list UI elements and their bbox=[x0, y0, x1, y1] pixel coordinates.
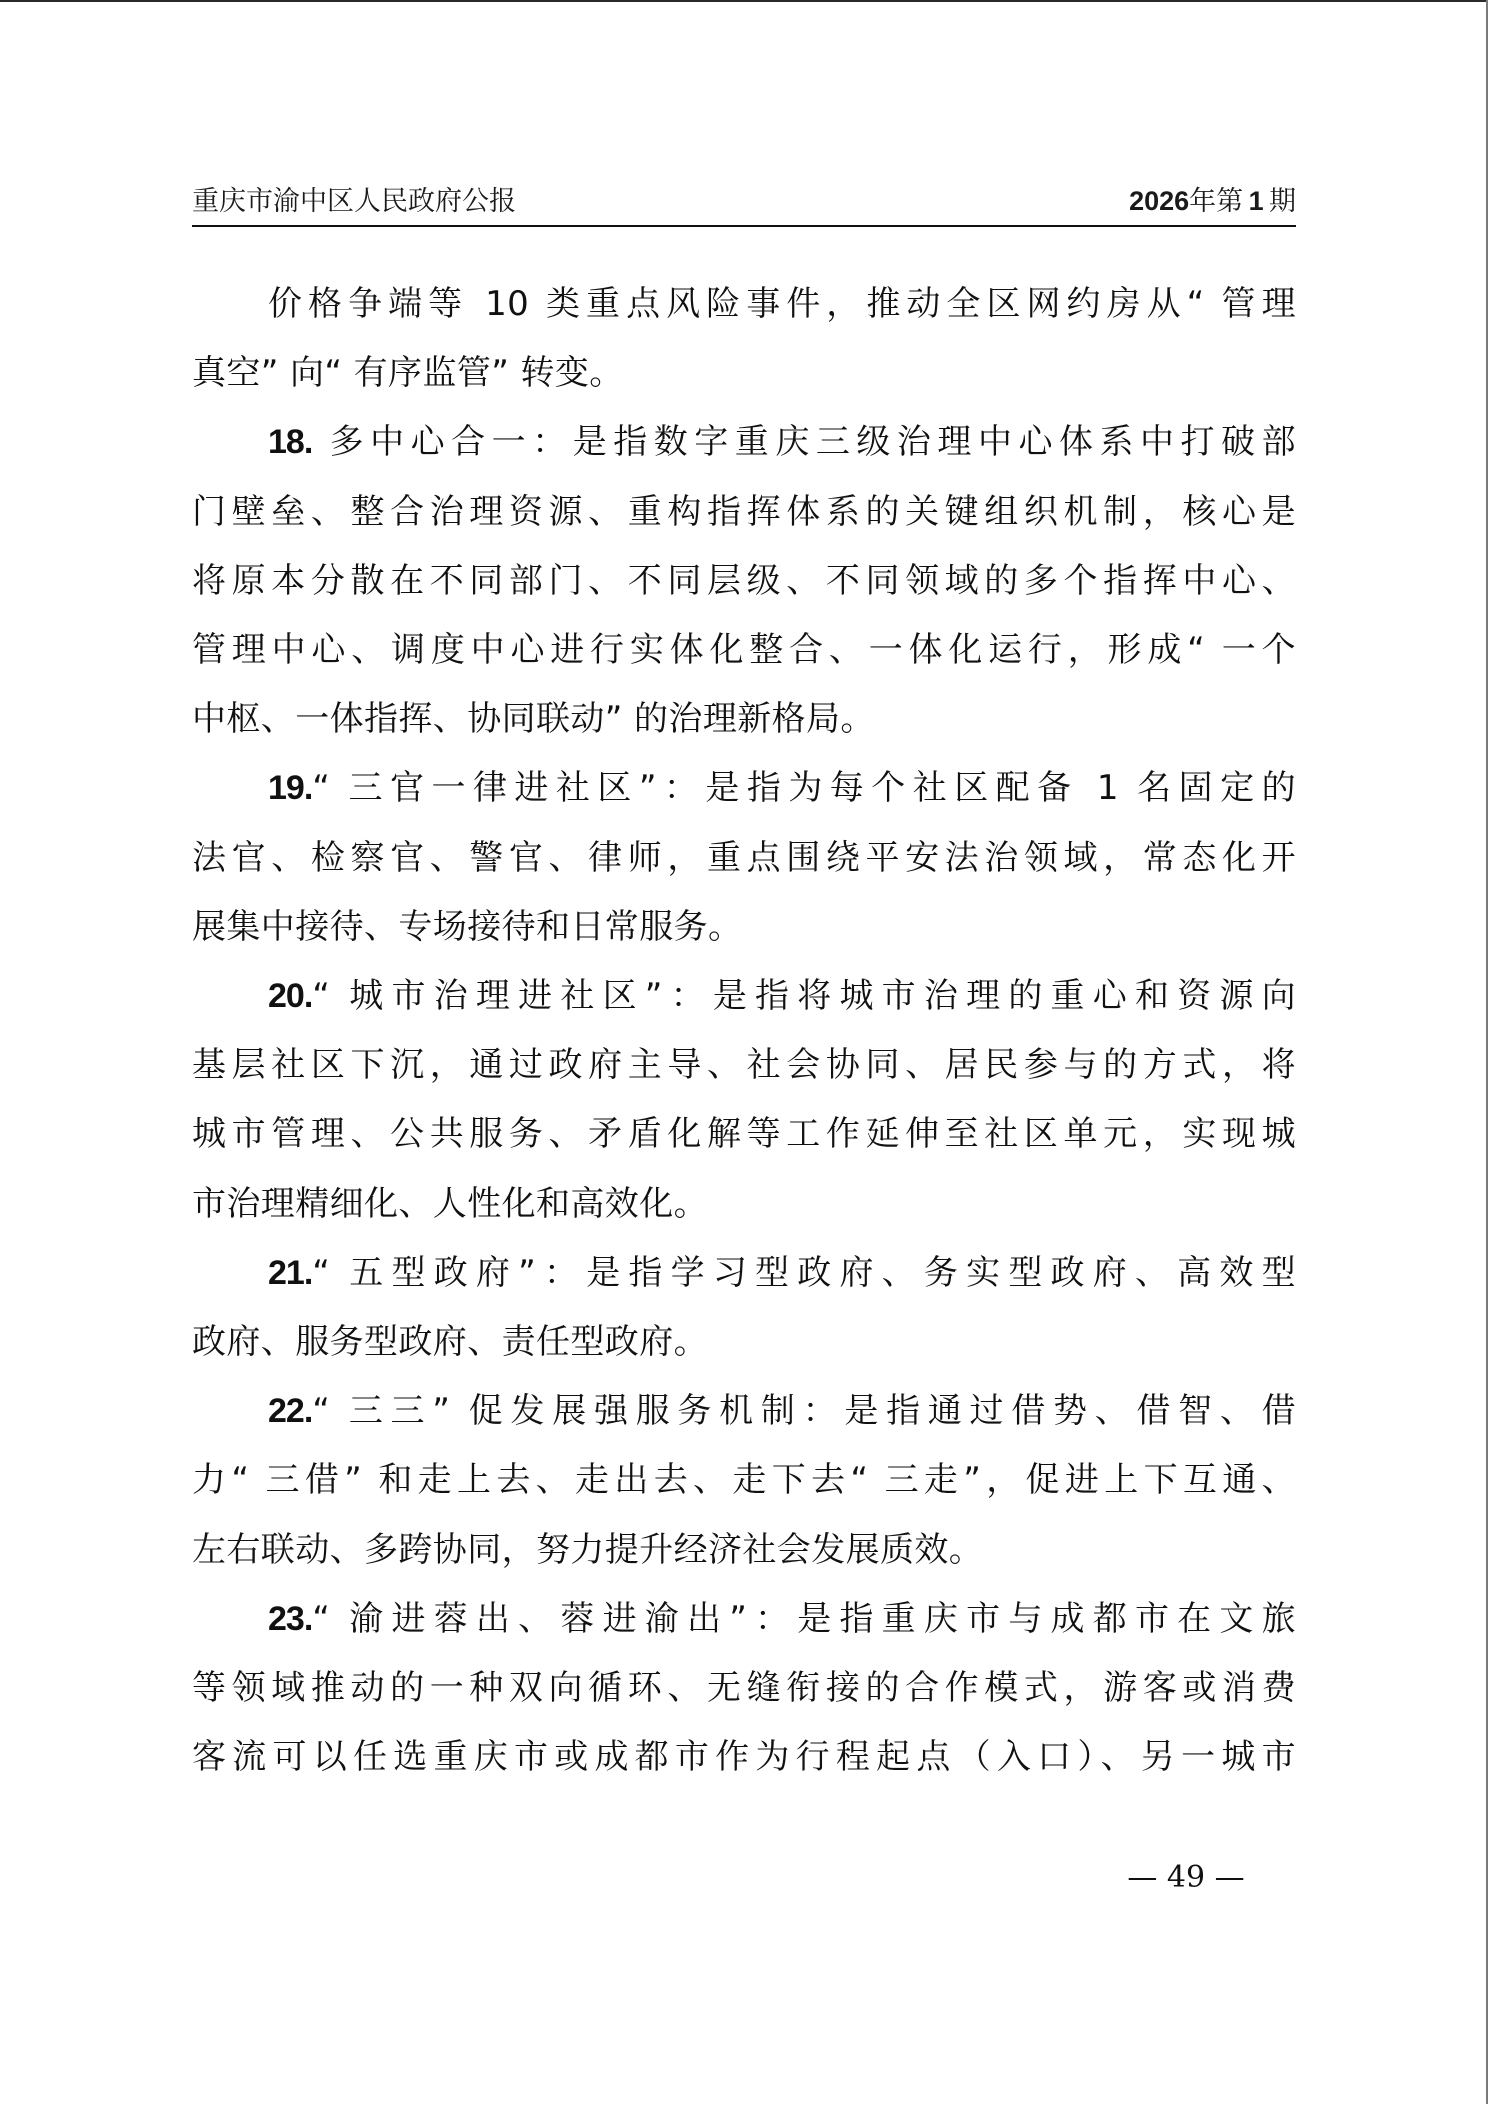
text-line: 市治理精细化、人性化和高效化。 bbox=[192, 1170, 1296, 1239]
term-definition-start: “ 城市治理进社区”：是指将城市治理的重心和资源向 bbox=[312, 976, 1296, 1016]
text-line: 中枢、一体指挥、协同联动” 的治理新格局。 bbox=[192, 685, 1296, 754]
issue-suffix: 期 bbox=[1269, 186, 1296, 217]
text-line: 门壁垒、整合治理资源、重构指挥体系的关键组织机制，核心是 bbox=[192, 478, 1296, 547]
text-line: 将原本分散在不同部门、不同层级、不同领域的多个指挥中心、 bbox=[192, 547, 1296, 616]
paragraph-18: 18. 多中心合一：是指数字重庆三级治理中心体系中打破部 门壁垒、整合治理资源、… bbox=[192, 408, 1296, 754]
text-line: 基层社区下沉，通过政府主导、社会协同、居民参与的方式，将 bbox=[192, 1031, 1296, 1100]
publication-title: 重庆市渝中区人民政府公报 bbox=[192, 186, 516, 218]
paragraph-21: 21.“ 五型政府”：是指学习型政府、务实型政府、高效型 政府、服务型政府、责任… bbox=[192, 1239, 1296, 1377]
paragraph-19: 19.“ 三官一律进社区”：是指为每个社区配备 1 名固定的 法官、检察官、警官… bbox=[192, 754, 1296, 962]
running-header: 重庆市渝中区人民政府公报 2026年第 1 期 bbox=[192, 178, 1296, 218]
text-line-with-number: 21.“ 五型政府”：是指学习型政府、务实型政府、高效型 bbox=[192, 1239, 1296, 1308]
paragraph-23: 23.“ 渝进蓉出、蓉进渝出”：是指重庆市与成都市在文旅 等领域推动的一种双向循… bbox=[192, 1585, 1296, 1793]
document-body: 价格争端等 10 类重点风险事件，推动全区网约房从“ 管理 真空” 向“ 有序监… bbox=[192, 270, 1296, 1792]
text-line: 真空” 向“ 有序监管” 转变。 bbox=[192, 339, 1296, 408]
text-line-with-number: 18. 多中心合一：是指数字重庆三级治理中心体系中打破部 bbox=[192, 408, 1296, 477]
term-definition-start: 多中心合一：是指数字重庆三级治理中心体系中打破部 bbox=[312, 422, 1296, 462]
term-definition-start: “ 五型政府”：是指学习型政府、务实型政府、高效型 bbox=[312, 1253, 1296, 1293]
item-number: 23. bbox=[268, 1600, 312, 1638]
text-line: 客流可以任选重庆市或成都市作为行程起点（入口）、另一城市 bbox=[192, 1723, 1296, 1792]
item-number: 21. bbox=[268, 1254, 312, 1292]
text-line: 展集中接待、专场接待和日常服务。 bbox=[192, 893, 1296, 962]
text-line-with-number: 22.“ 三三” 促发展强服务机制：是指通过借势、借智、借 bbox=[192, 1377, 1296, 1446]
text-line: 力“ 三借” 和走上去、走出去、走下去“ 三走”，促进上下互通、 bbox=[192, 1446, 1296, 1515]
issue-year: 2026 bbox=[1129, 186, 1189, 216]
item-number: 18. bbox=[268, 423, 312, 461]
issue-number: 1 bbox=[1249, 186, 1264, 216]
issue-label: 2026年第 1 期 bbox=[1129, 185, 1296, 218]
item-number: 22. bbox=[268, 1392, 312, 1430]
text-line-with-number: 19.“ 三官一律进社区”：是指为每个社区配备 1 名固定的 bbox=[192, 754, 1296, 823]
text-line-with-number: 23.“ 渝进蓉出、蓉进渝出”：是指重庆市与成都市在文旅 bbox=[192, 1585, 1296, 1654]
text-line: 左右联动、多跨协同，努力提升经济社会发展质效。 bbox=[192, 1516, 1296, 1585]
item-number: 20. bbox=[268, 977, 312, 1015]
term-definition-start: “ 三三” 促发展强服务机制：是指通过借势、借智、借 bbox=[312, 1391, 1296, 1431]
text-line: 管理中心、调度中心进行实体化整合、一体化运行，形成“ 一个 bbox=[192, 616, 1296, 685]
header-rule bbox=[192, 225, 1296, 227]
page-edge-top bbox=[0, 0, 1488, 2]
paragraph-22: 22.“ 三三” 促发展强服务机制：是指通过借势、借智、借 力“ 三借” 和走上… bbox=[192, 1377, 1296, 1585]
text-line-with-number: 20.“ 城市治理进社区”：是指将城市治理的重心和资源向 bbox=[192, 962, 1296, 1031]
page-number: — 49 — bbox=[1116, 1858, 1256, 1898]
text-line: 城市管理、公共服务、矛盾化解等工作延伸至社区单元，实现城 bbox=[192, 1100, 1296, 1169]
paragraph-17-continued: 价格争端等 10 类重点风险事件，推动全区网约房从“ 管理 真空” 向“ 有序监… bbox=[192, 270, 1296, 408]
text-line: 价格争端等 10 类重点风险事件，推动全区网约房从“ 管理 bbox=[192, 270, 1296, 339]
paragraph-20: 20.“ 城市治理进社区”：是指将城市治理的重心和资源向 基层社区下沉，通过政府… bbox=[192, 962, 1296, 1239]
issue-year-suffix: 年第 bbox=[1189, 186, 1243, 217]
text-line: 政府、服务型政府、责任型政府。 bbox=[192, 1308, 1296, 1377]
text-line: 等领域推动的一种双向循环、无缝衔接的合作模式，游客或消费 bbox=[192, 1654, 1296, 1723]
term-definition-start: “ 渝进蓉出、蓉进渝出”：是指重庆市与成都市在文旅 bbox=[312, 1599, 1296, 1639]
term-definition-start: “ 三官一律进社区”：是指为每个社区配备 1 名固定的 bbox=[312, 768, 1296, 808]
text-line: 法官、检察官、警官、律师，重点围绕平安法治领域，常态化开 bbox=[192, 824, 1296, 893]
item-number: 19. bbox=[268, 769, 312, 807]
